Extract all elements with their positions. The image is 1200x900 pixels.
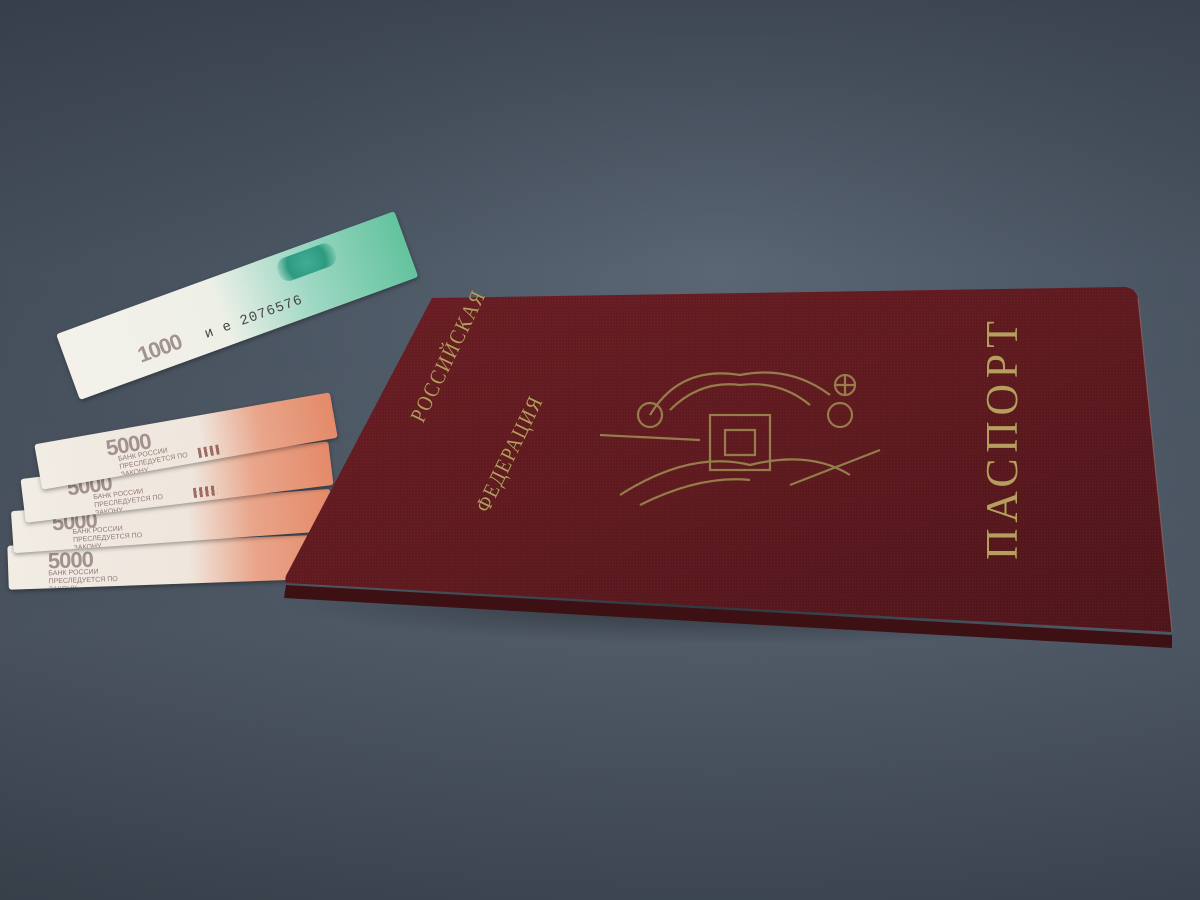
photo-scene: 5000 БАНК РОССИИ ПРЕСЛЕДУЕТСЯ ПО ЗАКОНУ … <box>0 0 1200 900</box>
coat-of-arms-emblem <box>590 355 900 525</box>
passport: РОССИЙСКАЯ ФЕДЕРАЦИЯ ПАСПОРТ <box>0 0 1200 900</box>
passport-title: ПАСПОРТ <box>975 315 1028 560</box>
